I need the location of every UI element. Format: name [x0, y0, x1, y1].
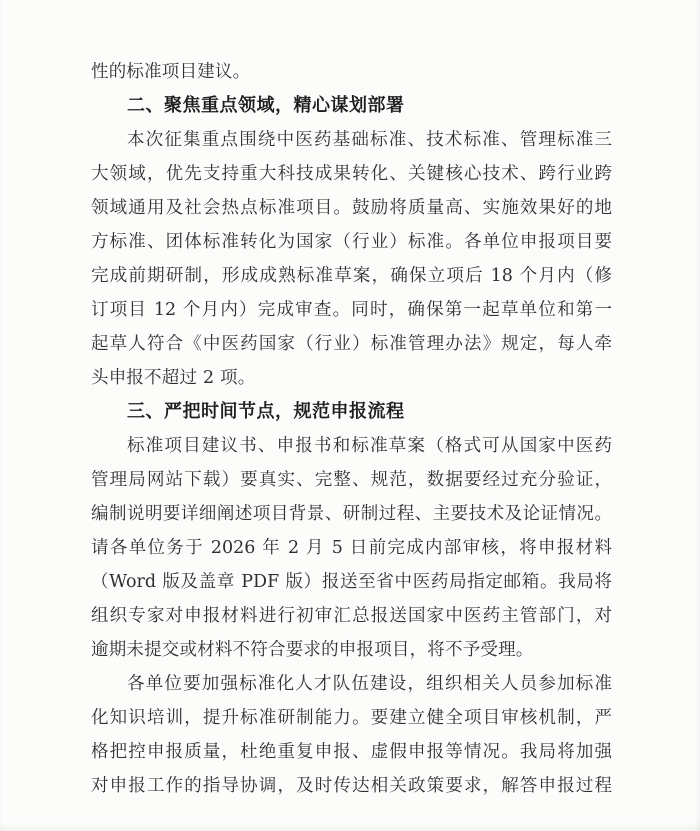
text-line: 逾期未提交或材料不符合要求的申报项目，将不予受理。 [91, 633, 612, 667]
text-line: 管理局网站下载）要真实、完整、规范，数据要经过充分验证， [91, 463, 612, 497]
text-line: 完成前期研制，形成成熟标准草案，确保立项后 18 个月内（修 [91, 259, 612, 293]
text-line: 编制说明要详细阐述项目背景、研制过程、主要技术及论证情况。 [91, 497, 612, 531]
text-line: 起草人符合《中医药国家（行业）标准管理办法》规定，每人牵 [91, 327, 612, 361]
text-line: 方标准、团体标准转化为国家（行业）标准。各单位申报项目要 [91, 225, 612, 259]
section-heading: 二、聚焦重点领域，精心谋划部署 [91, 89, 612, 123]
text-line: 各单位要加强标准化人才队伍建设，组织相关人员参加标准 [91, 667, 612, 701]
text-line: 本次征集重点围绕中医药基础标准、技术标准、管理标准三 [91, 123, 612, 157]
document-page: 性的标准项目建议。二、聚焦重点领域，精心谋划部署本次征集重点围绕中医药基础标准、… [0, 0, 700, 831]
text-line: 订项目 12 个月内）完成审查。同时，确保第一起草单位和第一 [91, 293, 612, 327]
text-line: 化知识培训，提升标准研制能力。要建立健全项目审核机制，严 [91, 701, 612, 735]
text-line: 请各单位务于 2026 年 2 月 5 日前完成内部审核，将申报材料 [91, 531, 612, 565]
text-line: 格把控申报质量，杜绝重复申报、虚假申报等情况。我局将加强 [91, 735, 612, 769]
section-heading: 三、严把时间节点，规范申报流程 [91, 395, 612, 429]
text-line: 对申报工作的指导协调，及时传达相关政策要求，解答申报过程 [91, 769, 612, 803]
text-line: 大领域，优先支持重大科技成果转化、关键核心技术、跨行业跨 [91, 157, 612, 191]
text-line: （Word 版及盖章 PDF 版）报送至省中医药局指定邮箱。我局将 [91, 565, 612, 599]
document-text-block: 性的标准项目建议。二、聚焦重点领域，精心谋划部署本次征集重点围绕中医药基础标准、… [91, 55, 612, 803]
text-line: 头申报不超过 2 项。 [91, 361, 612, 395]
text-line: 性的标准项目建议。 [91, 55, 612, 89]
text-line: 标准项目建议书、申报书和标准草案（格式可从国家中医药 [91, 429, 612, 463]
text-line: 组织专家对申报材料进行初审汇总报送国家中医药主管部门，对 [91, 599, 612, 633]
text-line: 领域通用及社会热点标准项目。鼓励将质量高、实施效果好的地 [91, 191, 612, 225]
